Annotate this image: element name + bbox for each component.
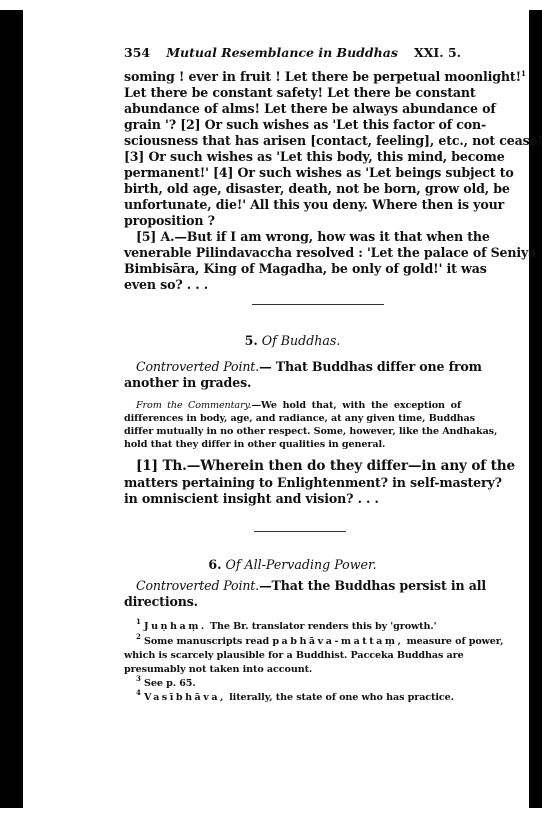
th-paragraph: [1] Th.—Wherein then do they differ—in a…: [124, 458, 461, 474]
running-title: Mutual Resemblance in Buddhas: [166, 45, 398, 61]
footnote-2: 2 Some manuscripts read pabhāva-mattaṃ, …: [124, 635, 461, 648]
body-line: Let there be constant safety! Let there …: [124, 85, 461, 101]
running-header: 354 Mutual Resemblance in Buddhas XXI. 5…: [124, 45, 461, 61]
body-line: permanent!' [4] Or such wishes as 'Let b…: [124, 165, 461, 181]
footnote-2-cont: presumably not taken into account.: [124, 663, 461, 676]
section-divider: [254, 531, 346, 532]
scan-border-left: [0, 10, 23, 808]
footnote-3: 3 See p. 65.: [124, 677, 461, 690]
controverted-point: Controverted Point.—That the Buddhas per…: [124, 578, 461, 594]
body-line: directions.: [124, 594, 461, 610]
body-line: [3] Or such wishes as 'Let this body, th…: [124, 149, 461, 165]
body-line: birth, old age, disaster, death, not be …: [124, 181, 461, 197]
body-line: in omniscient insight and vision? . . .: [124, 491, 461, 507]
commentary-line: differences in body, age, and radiance, …: [124, 412, 461, 425]
commentary-line: differ mutually in no other respect. Som…: [124, 425, 461, 438]
body-line: soming ! ever in fruit ! Let there be pe…: [124, 69, 461, 85]
body-line: abundance of alms! Let there be always a…: [124, 101, 461, 117]
commentary-line: From the Commentary.—We hold that, with …: [124, 399, 461, 412]
section-ref: XXI. 5.: [414, 45, 461, 61]
body-line: unfortunate, die!' All this you deny. Wh…: [124, 197, 461, 213]
body-line: matters pertaining to Enlightenment? in …: [124, 475, 461, 491]
scan-border-right: [529, 10, 542, 808]
body-line: another in grades.: [124, 375, 461, 391]
footnote-1: 1 Juṇhaṃ. The Br. translator renders thi…: [124, 620, 461, 633]
section-heading: 5. Of Buddhas.: [124, 333, 461, 349]
body-line: [5] A.—But if I am wrong, how was it tha…: [124, 229, 461, 245]
section-heading: 6. Of All-Pervading Power.: [124, 557, 461, 573]
body-line: sciousness that has arisen [contact, fee…: [124, 133, 461, 149]
page-number: 354: [124, 45, 150, 61]
commentary-line: hold that they differ in other qualities…: [124, 438, 461, 451]
footnote-2-cont: which is scarcely plausible for a Buddhi…: [124, 649, 461, 662]
section-divider: [252, 304, 384, 305]
body-line: Bimbisāra, King of Magadha, be only of g…: [124, 261, 461, 277]
body-line: grain '? [2] Or such wishes as 'Let this…: [124, 117, 461, 133]
footnote-4: 4 Vasībhāva, literally, the state of one…: [124, 691, 461, 704]
controverted-point: Controverted Point.— That Buddhas differ…: [124, 359, 461, 375]
body-line: even so? . . .: [124, 277, 461, 293]
body-line: venerable Pilindavaccha resolved : 'Let …: [124, 245, 461, 261]
body-line: proposition ?: [124, 213, 461, 229]
